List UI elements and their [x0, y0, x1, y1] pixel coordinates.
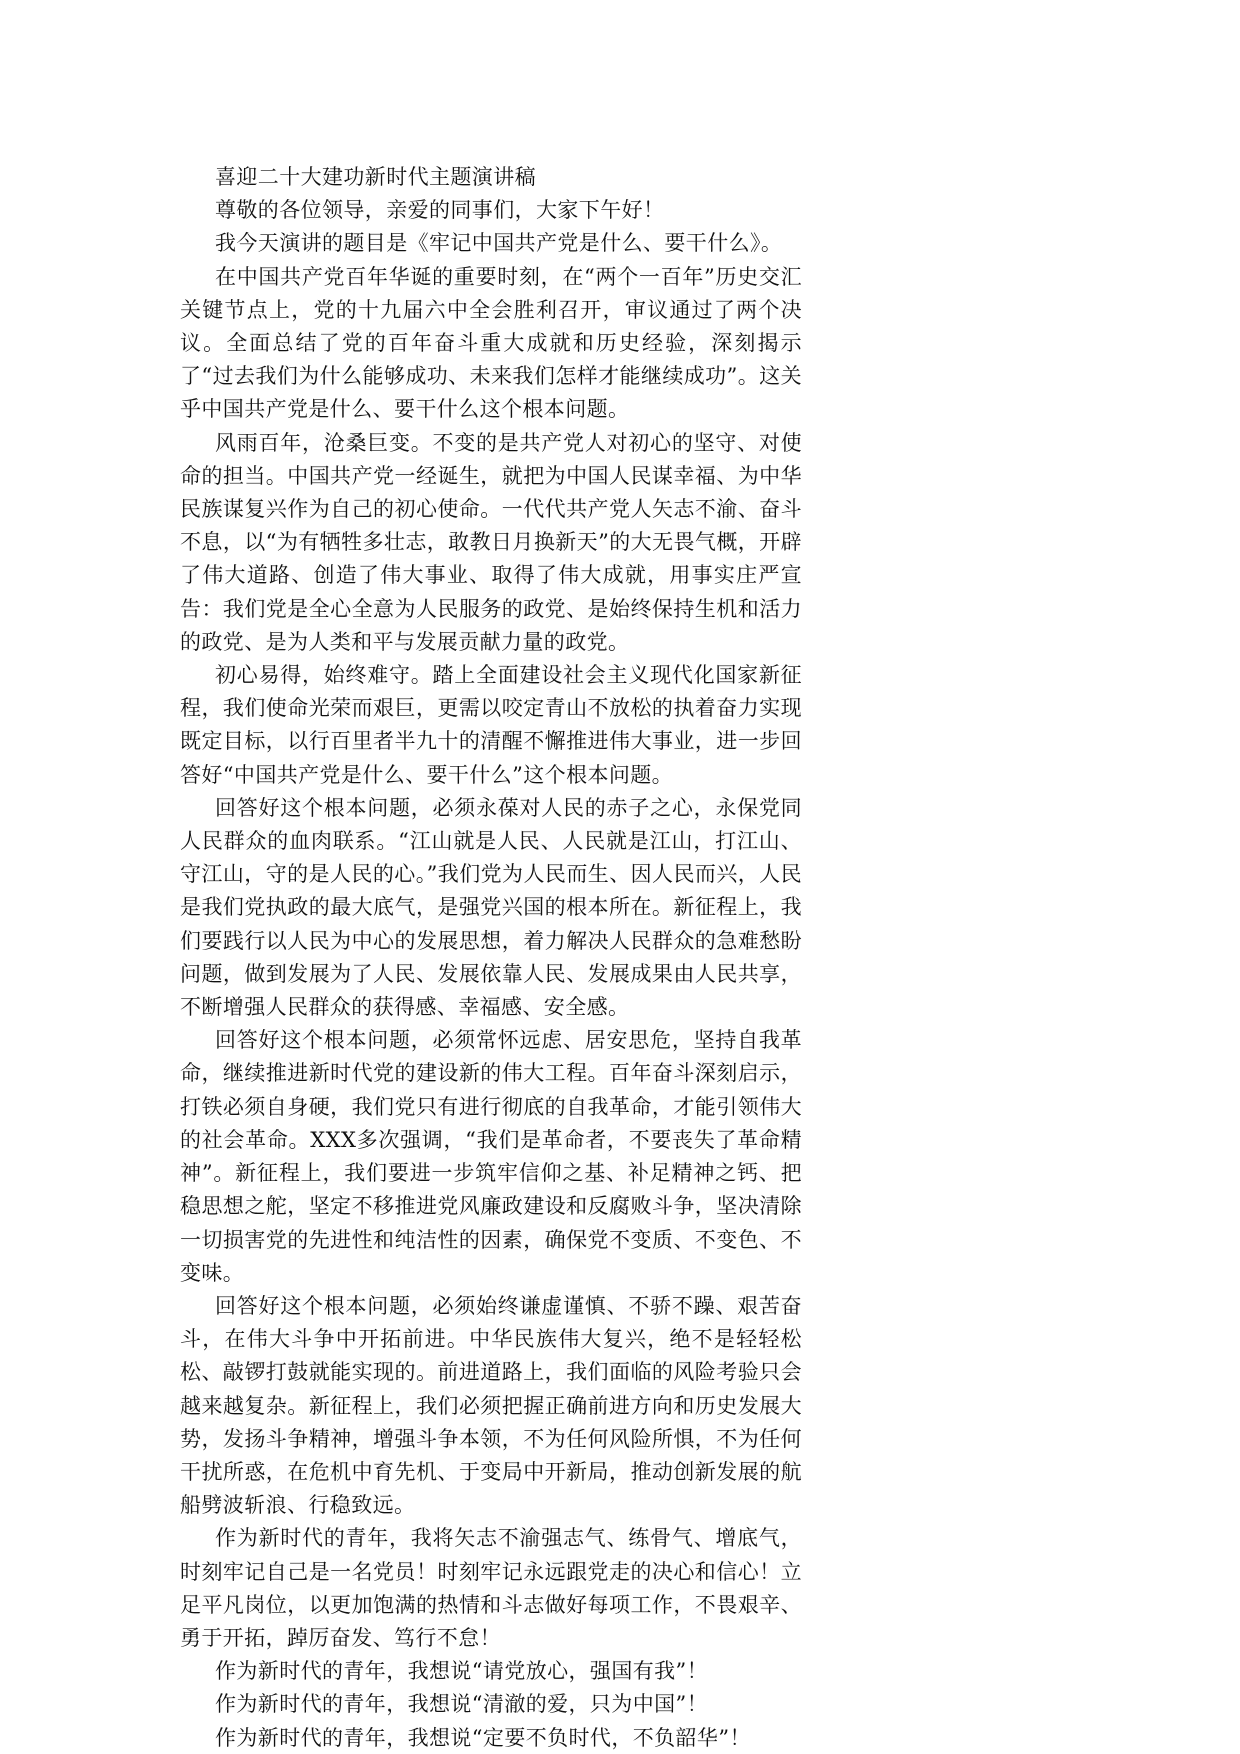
body-paragraph-1: 在中国共产党百年华诞的重要时刻，在“两个一百年”历史交汇关键节点上，党的十九届六… [180, 261, 802, 427]
body-paragraph-6: 回答好这个根本问题，必须始终谦虚谨慎、不骄不躁、艰苦奋斗，在伟大斗争中开拓前进。… [180, 1290, 802, 1522]
greeting-line: 尊敬的各位领导，亲爱的同事们，大家下午好！ [180, 194, 802, 227]
topic-line: 我今天演讲的题目是《牢记中国共产党是什么、要干什么》。 [180, 227, 802, 260]
document-title: 喜迎二十大建功新时代主题演讲稿 [180, 161, 802, 194]
body-paragraph-4: 回答好这个根本问题，必须永葆对人民的赤子之心，永保党同人民群众的血肉联系。“江山… [180, 792, 802, 1024]
closing-line-1: 作为新时代的青年，我想说“请党放心，强国有我”！ [180, 1655, 802, 1688]
closing-line-3: 作为新时代的青年，我想说“定要不负时代，不负韶华”！ [180, 1722, 802, 1754]
body-paragraph-7: 作为新时代的青年，我将矢志不渝强志气、练骨气、增底气，时刻牢记自己是一名党员！时… [180, 1522, 802, 1655]
document-page: 喜迎二十大建功新时代主题演讲稿 尊敬的各位领导，亲爱的同事们，大家下午好！ 我今… [0, 0, 1240, 1754]
body-paragraph-3: 初心易得，始终难守。踏上全面建设社会主义现代化国家新征程，我们使命光荣而艰巨，更… [180, 659, 802, 792]
body-paragraph-5: 回答好这个根本问题，必须常怀远虑、居安思危，坚持自我革命，继续推进新时代党的建设… [180, 1024, 802, 1290]
body-paragraph-2: 风雨百年，沧桑巨变。不变的是共产党人对初心的坚守、对使命的担当。中国共产党一经诞… [180, 427, 802, 659]
speech-body: 喜迎二十大建功新时代主题演讲稿 尊敬的各位领导，亲爱的同事们，大家下午好！ 我今… [180, 161, 802, 1754]
closing-line-2: 作为新时代的青年，我想说“清澈的爱，只为中国”！ [180, 1688, 802, 1721]
